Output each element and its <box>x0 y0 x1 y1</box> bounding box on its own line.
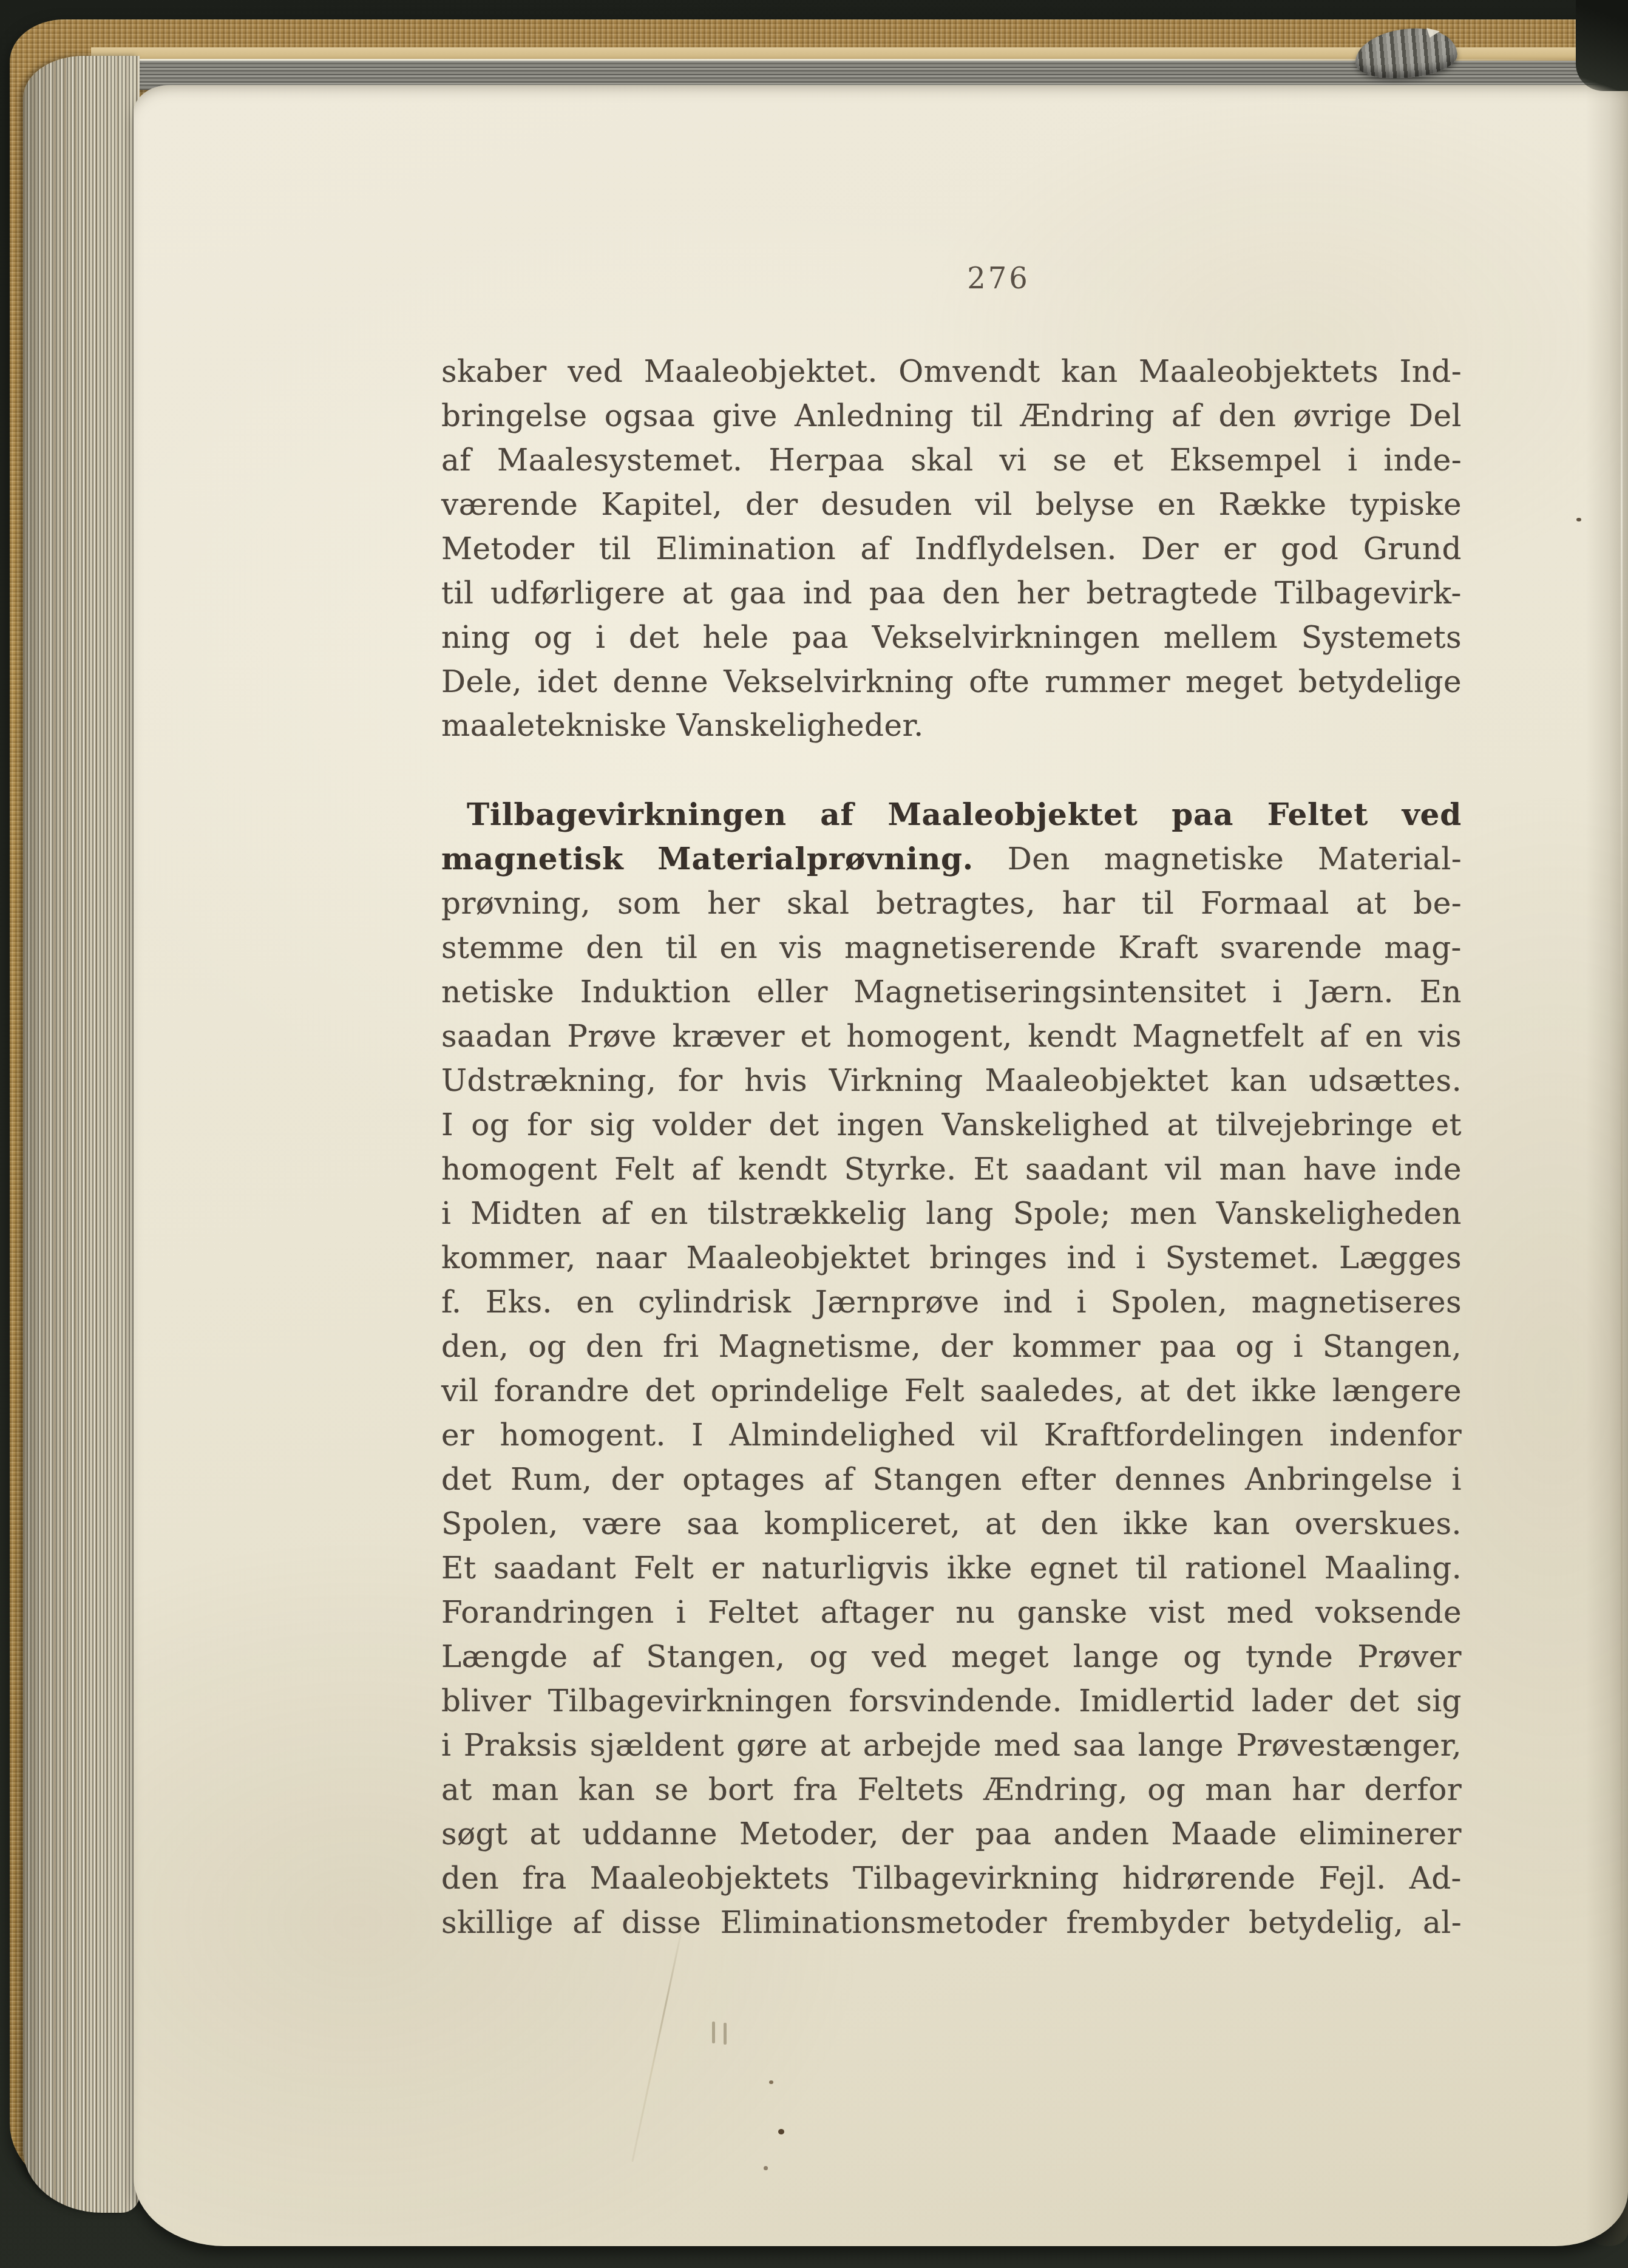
text-line: f.Eks.encylindriskJærnprøveindiSpolen,ma… <box>441 1280 1462 1324</box>
text-line: tiludførligereatgaaindpaadenherbetragted… <box>441 571 1462 615</box>
gutter-shadow <box>1586 85 1628 2246</box>
page-edge-stack <box>23 56 140 2213</box>
text-line: Spolen,væresaakompliceret,atdenikkekanov… <box>441 1501 1462 1546</box>
text-line: værendeKapitel,derdesudenvilbelyseenRækk… <box>441 482 1462 526</box>
paragraph: skabervedMaaleobjektet.OmvendtkanMaaleob… <box>441 349 1462 748</box>
crease-mark <box>631 1920 685 2162</box>
page-number: 276 <box>941 263 1056 294</box>
book-page: 276 skabervedMaaleobjektet.OmvendtkanMaa… <box>134 85 1628 2246</box>
text-line: iMidtenafentilstrækkeliglangSpole;menVan… <box>441 1191 1462 1235</box>
pencil-tick <box>712 2022 715 2043</box>
text-line: bliverTilbagevirkningenforsvindende.Imid… <box>441 1679 1462 1723</box>
ink-speck <box>778 2129 784 2134</box>
text-line: ningogidethelepaaVekselvirkningenmellemS… <box>441 615 1462 659</box>
ink-speck <box>764 2166 768 2170</box>
text-line: maaletekniske Vanskeligheder. <box>441 704 1462 748</box>
text-line: afMaalesystemet.HerpaaskalviseetEksempel… <box>441 438 1462 482</box>
text-line: netiskeInduktionellerMagnetiseringsinten… <box>441 969 1462 1014</box>
ink-speck <box>1576 518 1581 521</box>
text-line: atmankansebortfraFeltetsÆndring,ogmanhar… <box>441 1767 1462 1811</box>
text-line: MetodertilEliminationafIndflydelsen.Dere… <box>441 526 1462 571</box>
text-line: denfraMaaleobjektetsTilbagevirkninghidrø… <box>441 1856 1462 1900</box>
text-line: Dele,idetdenneVekselvirkningofterummerme… <box>441 659 1462 704</box>
text-line: detRum,deroptagesafStangenefterdennesAnb… <box>441 1457 1462 1501</box>
text-line: den,ogdenfriMagnetisme,derkommerpaaogiSt… <box>441 1324 1462 1368</box>
text-line: iPraksissjældentgøreatarbejdemedsaalange… <box>441 1723 1462 1767</box>
text-block: skabervedMaaleobjektet.OmvendtkanMaaleob… <box>441 349 1462 1944</box>
gutter-fold-line <box>1621 158 1623 2161</box>
paragraph: TilbagevirkningenafMaaleobjektetpaaFelte… <box>441 792 1462 1944</box>
text-line: magnetiskMaterialprøvning.DenmagnetiskeM… <box>441 837 1462 881</box>
text-line: TilbagevirkningenafMaaleobjektetpaaFelte… <box>441 792 1462 837</box>
text-line: skilligeafdisseEliminationsmetoderfremby… <box>441 1900 1462 1944</box>
text-line: LængdeafStangen,ogvedmegetlangeogtyndePr… <box>441 1634 1462 1679</box>
ink-speck <box>769 2080 773 2084</box>
text-line: EtsaadantFelternaturligvisikkeegnettilra… <box>441 1546 1462 1590</box>
text-line: vilforandredetoprindeligeFeltsaaledes,at… <box>441 1368 1462 1413</box>
text-line: Udstrækning,forhvisVirkningMaaleobjektet… <box>441 1058 1462 1102</box>
text-line: stemmedentilenvismagnetiserendeKraftsvar… <box>441 925 1462 969</box>
text-line: skabervedMaaleobjektet.OmvendtkanMaaleob… <box>441 349 1462 393</box>
text-line: søgtatuddanneMetoder,derpaaandenMaadeeli… <box>441 1811 1462 1856</box>
spine-shadow <box>1576 0 1628 91</box>
pencil-tick <box>724 2023 727 2045</box>
text-line: bringelseogsaagiveAnledningtilÆndringafd… <box>441 393 1462 438</box>
text-line: saadanPrøvekræverethomogent,kendtMagnetf… <box>441 1014 1462 1058</box>
text-line: erhomogent.IAlmindelighedvilKraftfordeli… <box>441 1413 1462 1457</box>
text-line: homogentFeltafkendtStyrke.Etsaadantvilma… <box>441 1147 1462 1191</box>
text-line: kommer,naarMaaleobjektetbringesindiSyste… <box>441 1235 1462 1280</box>
text-line: ForandringeniFeltetaftagernuganskevistme… <box>441 1590 1462 1634</box>
text-line: prøvning,somherskalbetragtes,hartilForma… <box>441 881 1462 925</box>
text-line: IogforsigvolderdetingenVanskelighedattil… <box>441 1102 1462 1147</box>
